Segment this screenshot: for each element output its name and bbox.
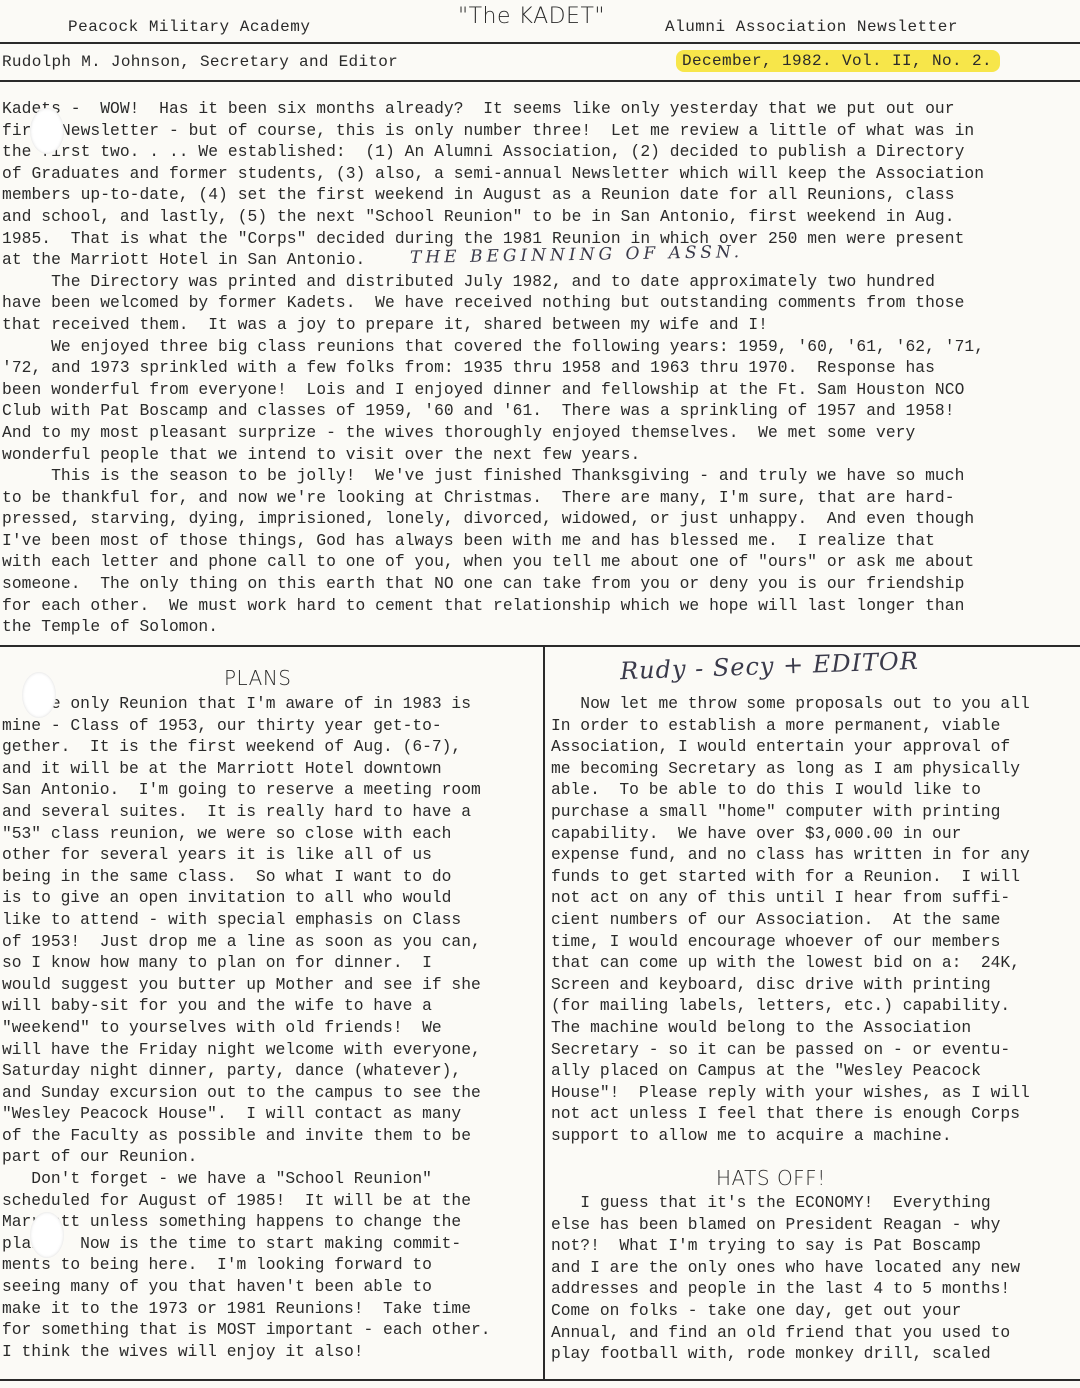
- text-line: and I are the only ones who have located…: [551, 1257, 1079, 1279]
- text-line: been wonderful from everyone! Lois and I…: [2, 379, 1078, 401]
- text-line: so I know how many to plan on for dinner…: [2, 952, 537, 974]
- hats-off-column: I guess that it's the ECONOMY! Everythin…: [551, 1192, 1079, 1365]
- text-line: not?! What I'm trying to say is Pat Bosc…: [551, 1235, 1079, 1257]
- text-line: The only Reunion that I'm aware of in 19…: [2, 693, 537, 715]
- text-line: have been welcomed by former Kadets. We …: [2, 292, 1078, 314]
- text-line: me becoming Secretary as long as I am ph…: [551, 758, 1079, 780]
- text-line: Marriott unless something happens to cha…: [2, 1211, 537, 1233]
- text-line: that received them. It was a joy to prep…: [2, 314, 1078, 336]
- text-line: House"! Please reply with your wishes, a…: [551, 1082, 1079, 1104]
- text-line: else has been blamed on President Reagan…: [551, 1214, 1079, 1236]
- text-line: plans. Now is the time to start making c…: [2, 1233, 537, 1255]
- text-line: the Temple of Solomon.: [2, 616, 1078, 638]
- text-line: like to attend - with special emphasis o…: [2, 909, 537, 931]
- issue-date: December, 1982. Vol. II, No. 2.: [676, 50, 1000, 72]
- newsletter-title: "The KADET": [458, 4, 605, 29]
- text-line: members up-to-date, (4) set the first we…: [2, 184, 1078, 206]
- text-line: play football with, rode monkey drill, s…: [551, 1343, 1079, 1365]
- text-line: seeing many of you that haven't been abl…: [2, 1276, 537, 1298]
- text-line: San Antonio. I'm going to reserve a meet…: [2, 779, 537, 801]
- text-line: ments to being here. I'm looking forward…: [2, 1254, 537, 1276]
- text-line: with each letter and phone call to one o…: [2, 551, 1078, 573]
- text-line: make it to the 1973 or 1981 Reunions! Ta…: [2, 1298, 537, 1320]
- hats-off-heading: HATS OFF!: [716, 1166, 826, 1190]
- text-line: not act on any of this until I hear from…: [551, 887, 1079, 909]
- text-line: for each other. We must work hard to cem…: [2, 595, 1078, 617]
- text-line: first Newsletter - but of course, this i…: [2, 120, 1078, 142]
- text-line: Now let me throw some proposals out to y…: [551, 693, 1079, 715]
- text-line: The machine would belong to the Associat…: [551, 1017, 1079, 1039]
- text-line: This is the season to be jolly! We've ju…: [2, 465, 1078, 487]
- text-line: and several suites. It is really hard to…: [2, 801, 537, 823]
- text-line: "53" class reunion, we were so close wit…: [2, 823, 537, 845]
- text-line: will baby-sit for you and the wife to ha…: [2, 995, 537, 1017]
- text-line: the first two. . .. We established: (1) …: [2, 141, 1078, 163]
- text-line: and Sunday excursion out to the campus t…: [2, 1082, 537, 1104]
- newsletter-subtitle: Alumni Association Newsletter: [665, 18, 958, 36]
- text-line: expense fund, and no class has written i…: [551, 844, 1079, 866]
- text-line: The Directory was printed and distribute…: [2, 271, 1078, 293]
- plans-column: The only Reunion that I'm aware of in 19…: [2, 693, 537, 1362]
- text-line: mine - Class of 1953, our thirty year ge…: [2, 715, 537, 737]
- text-line: part of our Reunion.: [2, 1146, 537, 1168]
- header-rule-bottom: [0, 80, 1080, 82]
- text-line: being in the same class. So what I want …: [2, 866, 537, 888]
- text-line: In order to establish a more permanent, …: [551, 715, 1079, 737]
- punch-hole: [30, 1212, 64, 1258]
- text-line: addresses and people in the last 4 to 5 …: [551, 1278, 1079, 1300]
- proposals-column: Now let me throw some proposals out to y…: [551, 693, 1079, 1146]
- punch-hole: [22, 672, 56, 718]
- text-line: someone. The only thing on this earth th…: [2, 573, 1078, 595]
- text-line: of 1953! Just drop me a line as soon as …: [2, 931, 537, 953]
- text-line: Secretary - so it can be passed on - or …: [551, 1039, 1079, 1061]
- text-line: capability. We have over $3,000.00 in ou…: [551, 823, 1079, 845]
- header-rule-top: [0, 42, 1080, 44]
- text-line: is to give an open invitation to all who…: [2, 887, 537, 909]
- punch-hole: [30, 108, 64, 154]
- text-line: that can come up with the lowest bid on …: [551, 952, 1079, 974]
- text-line: cient numbers of our Association. At the…: [551, 909, 1079, 931]
- text-line: wonderful people that we intend to visit…: [2, 444, 1078, 466]
- text-line: of Graduates and former students, (3) al…: [2, 163, 1078, 185]
- text-line: I think the wives will enjoy it also!: [2, 1341, 537, 1363]
- text-line: Kadets - WOW! Has it been six months alr…: [2, 98, 1078, 120]
- editor-line: Rudolph M. Johnson, Secretary and Editor: [2, 53, 398, 71]
- text-line: Association, I would entertain your appr…: [551, 736, 1079, 758]
- text-line: ally placed on Campus at the "Wesley Pea…: [551, 1060, 1079, 1082]
- text-line: and it will be at the Marriott Hotel dow…: [2, 758, 537, 780]
- text-line: (for mailing labels, letters, etc.) capa…: [551, 995, 1079, 1017]
- text-line: Saturday night dinner, party, dance (wha…: [2, 1060, 537, 1082]
- text-line: will have the Friday night welcome with …: [2, 1039, 537, 1061]
- text-line: Club with Pat Boscamp and classes of 195…: [2, 400, 1078, 422]
- text-line: of the Faculty as possible and invite th…: [2, 1125, 537, 1147]
- text-line: I guess that it's the ECONOMY! Everythin…: [551, 1192, 1079, 1214]
- text-line: scheduled for August of 1985! It will be…: [2, 1190, 537, 1212]
- text-line: funds to get started with for a Reunion.…: [551, 866, 1079, 888]
- text-line: pressed, starving, dying, imprisioned, l…: [2, 508, 1078, 530]
- text-line: purchase a small "home" computer with pr…: [551, 801, 1079, 823]
- column-divider: [543, 645, 545, 1379]
- text-line: '72, and 1973 sprinkled with a few folks…: [2, 357, 1078, 379]
- masthead: Peacock Military Academy "The KADET" Alu…: [0, 0, 1080, 42]
- academy-name: Peacock Military Academy: [68, 18, 310, 36]
- text-line: Screen and keyboard, disc drive with pri…: [551, 974, 1079, 996]
- text-line: would suggest you butter up Mother and s…: [2, 974, 537, 996]
- text-line: support to allow me to acquire a machine…: [551, 1125, 1079, 1147]
- text-line: We enjoyed three big class reunions that…: [2, 336, 1078, 358]
- text-line: time, I would encourage whoever of our m…: [551, 931, 1079, 953]
- intro-letter: Kadets - WOW! Has it been six months alr…: [2, 98, 1078, 638]
- text-line: "Wesley Peacock House". I will contact a…: [2, 1103, 537, 1125]
- text-line: I've been most of those things, God has …: [2, 530, 1078, 552]
- text-line: able. To be able to do this I would like…: [551, 779, 1079, 801]
- text-line: "weekend" to yourselves with old friends…: [2, 1017, 537, 1039]
- text-line: Annual, and find an old friend that you …: [551, 1322, 1079, 1344]
- text-line: Come on folks - take one day, get out yo…: [551, 1300, 1079, 1322]
- text-line: Don't forget - we have a "School Reunion…: [2, 1168, 537, 1190]
- text-line: not act unless I feel that there is enou…: [551, 1103, 1079, 1125]
- text-line: to be thankful for, and now we're lookin…: [2, 487, 1078, 509]
- text-line: and school, and lastly, (5) the next "Sc…: [2, 206, 1078, 228]
- text-line: And to my most pleasant surprize - the w…: [2, 422, 1078, 444]
- text-line: gether. It is the first weekend of Aug. …: [2, 736, 537, 758]
- plans-heading: PLANS: [224, 666, 292, 690]
- text-line: for something that is MOST important - e…: [2, 1319, 537, 1341]
- text-line: other for several years it is like all o…: [2, 844, 537, 866]
